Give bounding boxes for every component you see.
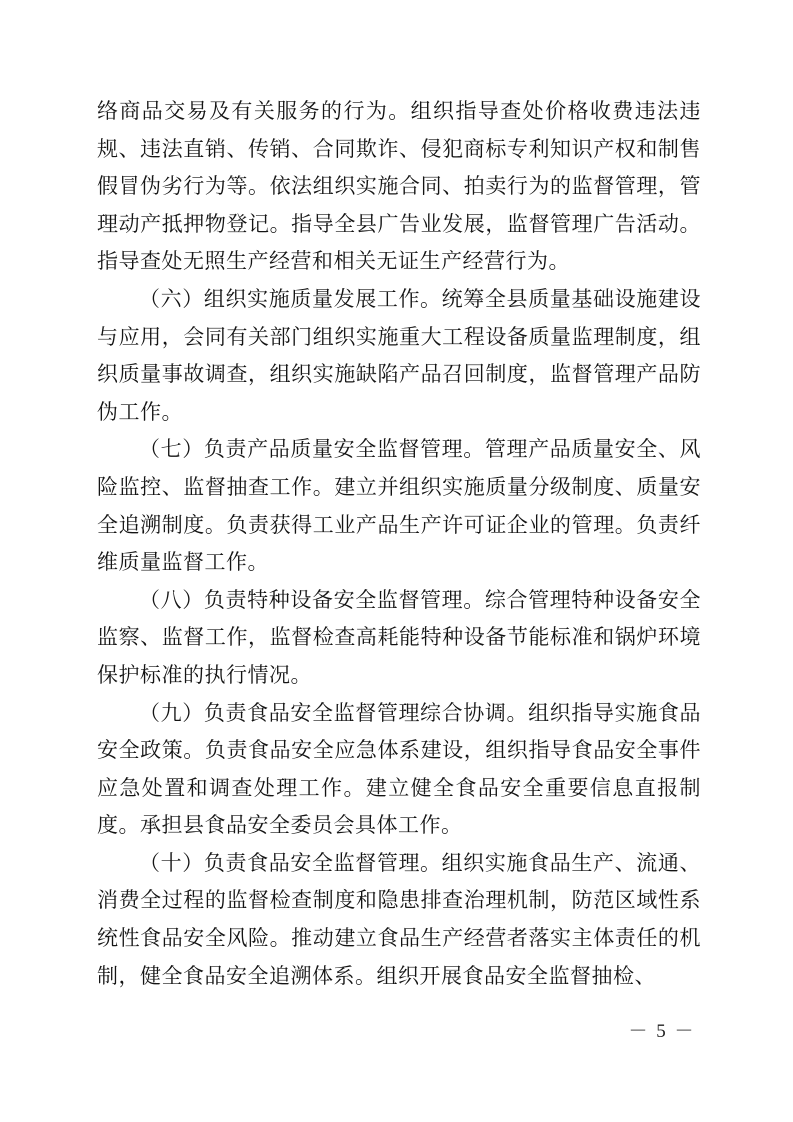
page-number: － 5 － — [617, 1016, 707, 1043]
paragraph: （九）负责食品安全监督管理综合协调。组织指导实施食品安全政策。负责食品安全应急体… — [97, 695, 701, 845]
document-body: 络商品交易及有关服务的行为。组织指导查处价格收费违法违规、违法直销、传销、合同欺… — [97, 93, 701, 995]
paragraph: （十）负责食品安全监督管理。组织实施食品生产、流通、消费全过程的监督检查制度和隐… — [97, 845, 701, 995]
paragraph: （七）负责产品质量安全监督管理。管理产品质量安全、风险监控、监督抽查工作。建立并… — [97, 431, 701, 581]
paragraph: （八）负责特种设备安全监督管理。综合管理特种设备安全监察、监督工作，监督检查高耗… — [97, 582, 701, 695]
paragraph: 络商品交易及有关服务的行为。组织指导查处价格收费违法违规、违法直销、传销、合同欺… — [97, 93, 701, 281]
document-page: 络商品交易及有关服务的行为。组织指导查处价格收费违法违规、违法直销、传销、合同欺… — [0, 0, 793, 1122]
paragraph: （六）组织实施质量发展工作。统筹全县质量基础设施建设与应用，会同有关部门组织实施… — [97, 281, 701, 431]
